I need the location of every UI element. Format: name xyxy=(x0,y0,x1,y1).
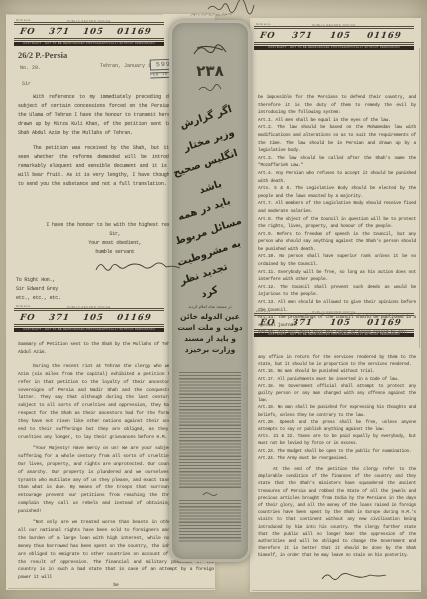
article-item: Art.4. Any Persian who refuses to accept… xyxy=(258,170,416,185)
article-item: Art.19. No man shall be punished for exp… xyxy=(258,404,416,418)
letter-place-date: Tehran, January 1 xyxy=(100,63,151,69)
letter-addressee: To Right Hon.,Sir Edward Greyetc., etc.,… xyxy=(16,276,136,303)
addressee-line: To Right Hon., xyxy=(16,276,136,285)
slip-copyright-bar: COPYRIGHT - NOT TO BE REPRODUCED PHOTOGR… xyxy=(14,328,164,332)
slip-class: FO xyxy=(259,31,276,41)
articles-list: Art.16. No man should be punished withou… xyxy=(258,368,416,462)
article-item: Art.18. No Government official shall att… xyxy=(258,383,416,405)
reference-slip-mid-left: Reference PUBLIC RECORD OFFICE FO 371 10… xyxy=(14,306,164,332)
reference-slip-top-right: Reference PUBLIC RECORD OFFICE FO 371 10… xyxy=(254,24,414,50)
letter-salutation: Sir xyxy=(22,81,31,87)
letter-number: No. 29. xyxy=(20,65,41,71)
page-top-edge-left xyxy=(7,14,163,15)
persian-book-page-strip: ۲۳۸ اگر گزارشوزیر مختارانگلیس صحیحباشدبا… xyxy=(169,20,251,562)
article-item: Art.10. No person shall have superior ra… xyxy=(258,253,416,268)
slip-class: FO xyxy=(19,27,36,37)
article-item: Art.12. The Council shall prevent such d… xyxy=(258,284,416,299)
slip-reference-box: FO 371 105 01169 xyxy=(254,28,414,43)
article-item: Arts. 5 & 6. The Legislative Body should… xyxy=(258,185,416,200)
slip-reference-box: FO 371 105 01169 xyxy=(14,310,164,325)
slip-series: 371 xyxy=(292,31,314,41)
printed-body-text-block xyxy=(179,372,241,488)
article-item: Art.23. The Budget shall be open to the … xyxy=(258,448,416,455)
headline-line: دولت و ملت است xyxy=(169,322,251,333)
slip-reference-box: FO 371 105 01169 xyxy=(14,24,164,39)
article-item: Art.15. All men shall have the right of … xyxy=(258,329,416,337)
articles-intro: be impossible for the Persians to defend… xyxy=(258,94,416,117)
slip-piece: 105 xyxy=(329,31,351,41)
article-item: Art.2. The law should be based on the Mo… xyxy=(258,124,416,154)
article-item: Art.20. Speech and the press shall be fr… xyxy=(258,419,416,433)
publisher-logo-mark xyxy=(191,42,229,60)
slip-item: 01169 xyxy=(117,27,153,37)
article-item: Art.11. Everybody will be free, so long … xyxy=(258,269,416,284)
persian-book-caption: ۲۸ هزار روز تاریخ ایران و جهان xyxy=(176,12,246,16)
letter-docket: 26/2 P.-Persia xyxy=(18,50,67,60)
signature-flourish xyxy=(92,259,184,275)
printed-headline: عین الدوله خائندولت و ملت استو باید از م… xyxy=(169,311,251,355)
slip-item: 01169 xyxy=(117,313,153,323)
article-item: Art.9. Refers to freedom of speech in th… xyxy=(258,231,416,254)
articles-page-2: any office in return for the services re… xyxy=(258,354,416,560)
nastaliq-word-mark xyxy=(197,84,223,93)
archive-scan-sheet: Reference PUBLIC RECORD OFFICE FO 371 10… xyxy=(0,0,427,599)
reference-slip-top-left: Reference PUBLIC RECORD OFFICE FO 371 10… xyxy=(14,20,164,46)
articles-continuation: any office in return for the services re… xyxy=(258,354,416,368)
article-item: Art.8. The object of the Council in ques… xyxy=(258,216,416,231)
article-item: Art.16. No man should be punished withou… xyxy=(258,368,416,375)
nastaliq-word-mark xyxy=(201,491,219,498)
slip-copyright-bar: COPYRIGHT - NOT TO BE REPRODUCED PHOTOGR… xyxy=(14,42,164,46)
headline-line: و باید از مسند xyxy=(169,333,251,344)
persian-page-number: ۲۳۸ xyxy=(169,62,251,80)
slip-series: 371 xyxy=(48,27,70,37)
article-item: Art.7. All members of the Legislative Bo… xyxy=(258,200,416,215)
article-item: Arts. 21 & 22. Taxes are to be paid equa… xyxy=(258,433,416,447)
slip-piece: 105 xyxy=(82,313,104,323)
article-item: Art.24. The Army must be reorganised. xyxy=(258,455,416,462)
article-item: Art.14. The proceedings of the Council s… xyxy=(258,314,416,329)
slip-copyright-bar: COPYRIGHT - NOT TO BE REPRODUCED PHOTOGR… xyxy=(254,46,414,50)
slip-series: 371 xyxy=(48,313,70,323)
page-right-edge xyxy=(419,48,420,348)
addressee-line: etc., etc., etc. xyxy=(16,294,136,303)
slip-class: FO xyxy=(19,313,36,323)
addressee-line: Sir Edward Grey xyxy=(16,285,136,294)
page-bottom-edge-right xyxy=(252,590,420,591)
article-item: Art.1. All men shall be equal in the eye… xyxy=(258,117,416,125)
headline-kicker: در مسجد شاه اعلام کردند xyxy=(169,304,251,309)
closing-paragraph: At the end of the petition the clergy re… xyxy=(258,466,416,560)
headline-line: عین الدوله خائن xyxy=(169,311,251,322)
catchword: be xyxy=(18,582,214,590)
headline-line: وزارت برخیزد xyxy=(169,344,251,355)
articles-list: Art.1. All men shall be equal in the eye… xyxy=(258,117,416,337)
article-item: Art.3. The law should be called after th… xyxy=(258,155,416,170)
slip-item: 01169 xyxy=(367,31,403,41)
article-item: Art.13. All men should be allowed to giv… xyxy=(258,299,416,314)
articles-page-1: be impossible for the Persians to defend… xyxy=(258,94,416,337)
signature-flourish xyxy=(318,570,390,584)
printed-footnote-block xyxy=(179,500,241,542)
slip-piece: 105 xyxy=(82,27,104,37)
article-item: Art.17. All punishments must be inserted… xyxy=(258,376,416,383)
